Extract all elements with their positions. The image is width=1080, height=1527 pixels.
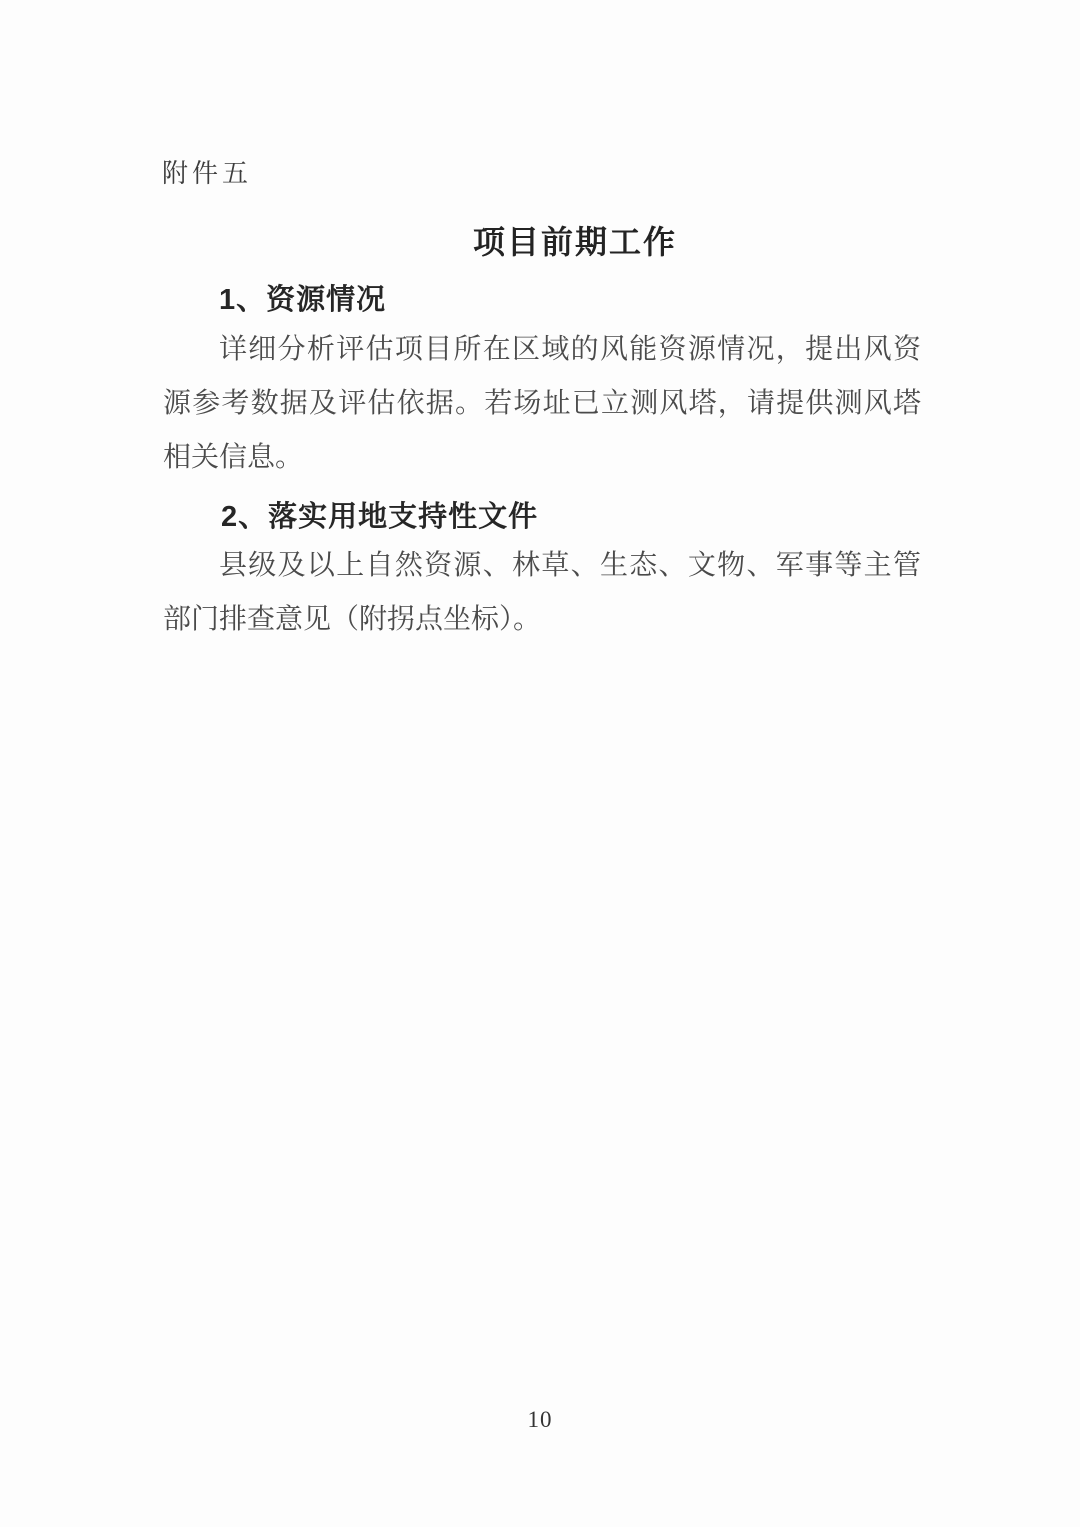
- page-number: 10: [0, 1407, 1080, 1433]
- paragraph-line: 详细分析评估项目所在区域的风能资源情况，提出风资: [163, 323, 921, 377]
- section-2-heading: 2、落实用地支持性文件: [221, 494, 538, 535]
- paragraph-line: 相关信息。: [163, 431, 921, 485]
- section-1-heading: 1、资源情况: [219, 277, 386, 318]
- paragraph-line: 部门排查意见（附拐点坐标）。: [163, 593, 921, 647]
- section-1-paragraph: 详细分析评估项目所在区域的风能资源情况，提出风资 源参考数据及评估依据。若场址已…: [163, 323, 921, 485]
- document-page: 附件五 项目前期工作 1、资源情况 详细分析评估项目所在区域的风能资源情况，提出…: [0, 0, 1080, 1527]
- annex-label: 附件五: [162, 153, 252, 190]
- page-title: 项目前期工作: [0, 217, 1080, 263]
- section-2-paragraph: 县级及以上自然资源、林草、生态、文物、军事等主管 部门排查意见（附拐点坐标）。: [163, 539, 921, 647]
- paragraph-line: 县级及以上自然资源、林草、生态、文物、军事等主管: [163, 539, 921, 593]
- paragraph-line: 源参考数据及评估依据。若场址已立测风塔，请提供测风塔: [163, 377, 921, 431]
